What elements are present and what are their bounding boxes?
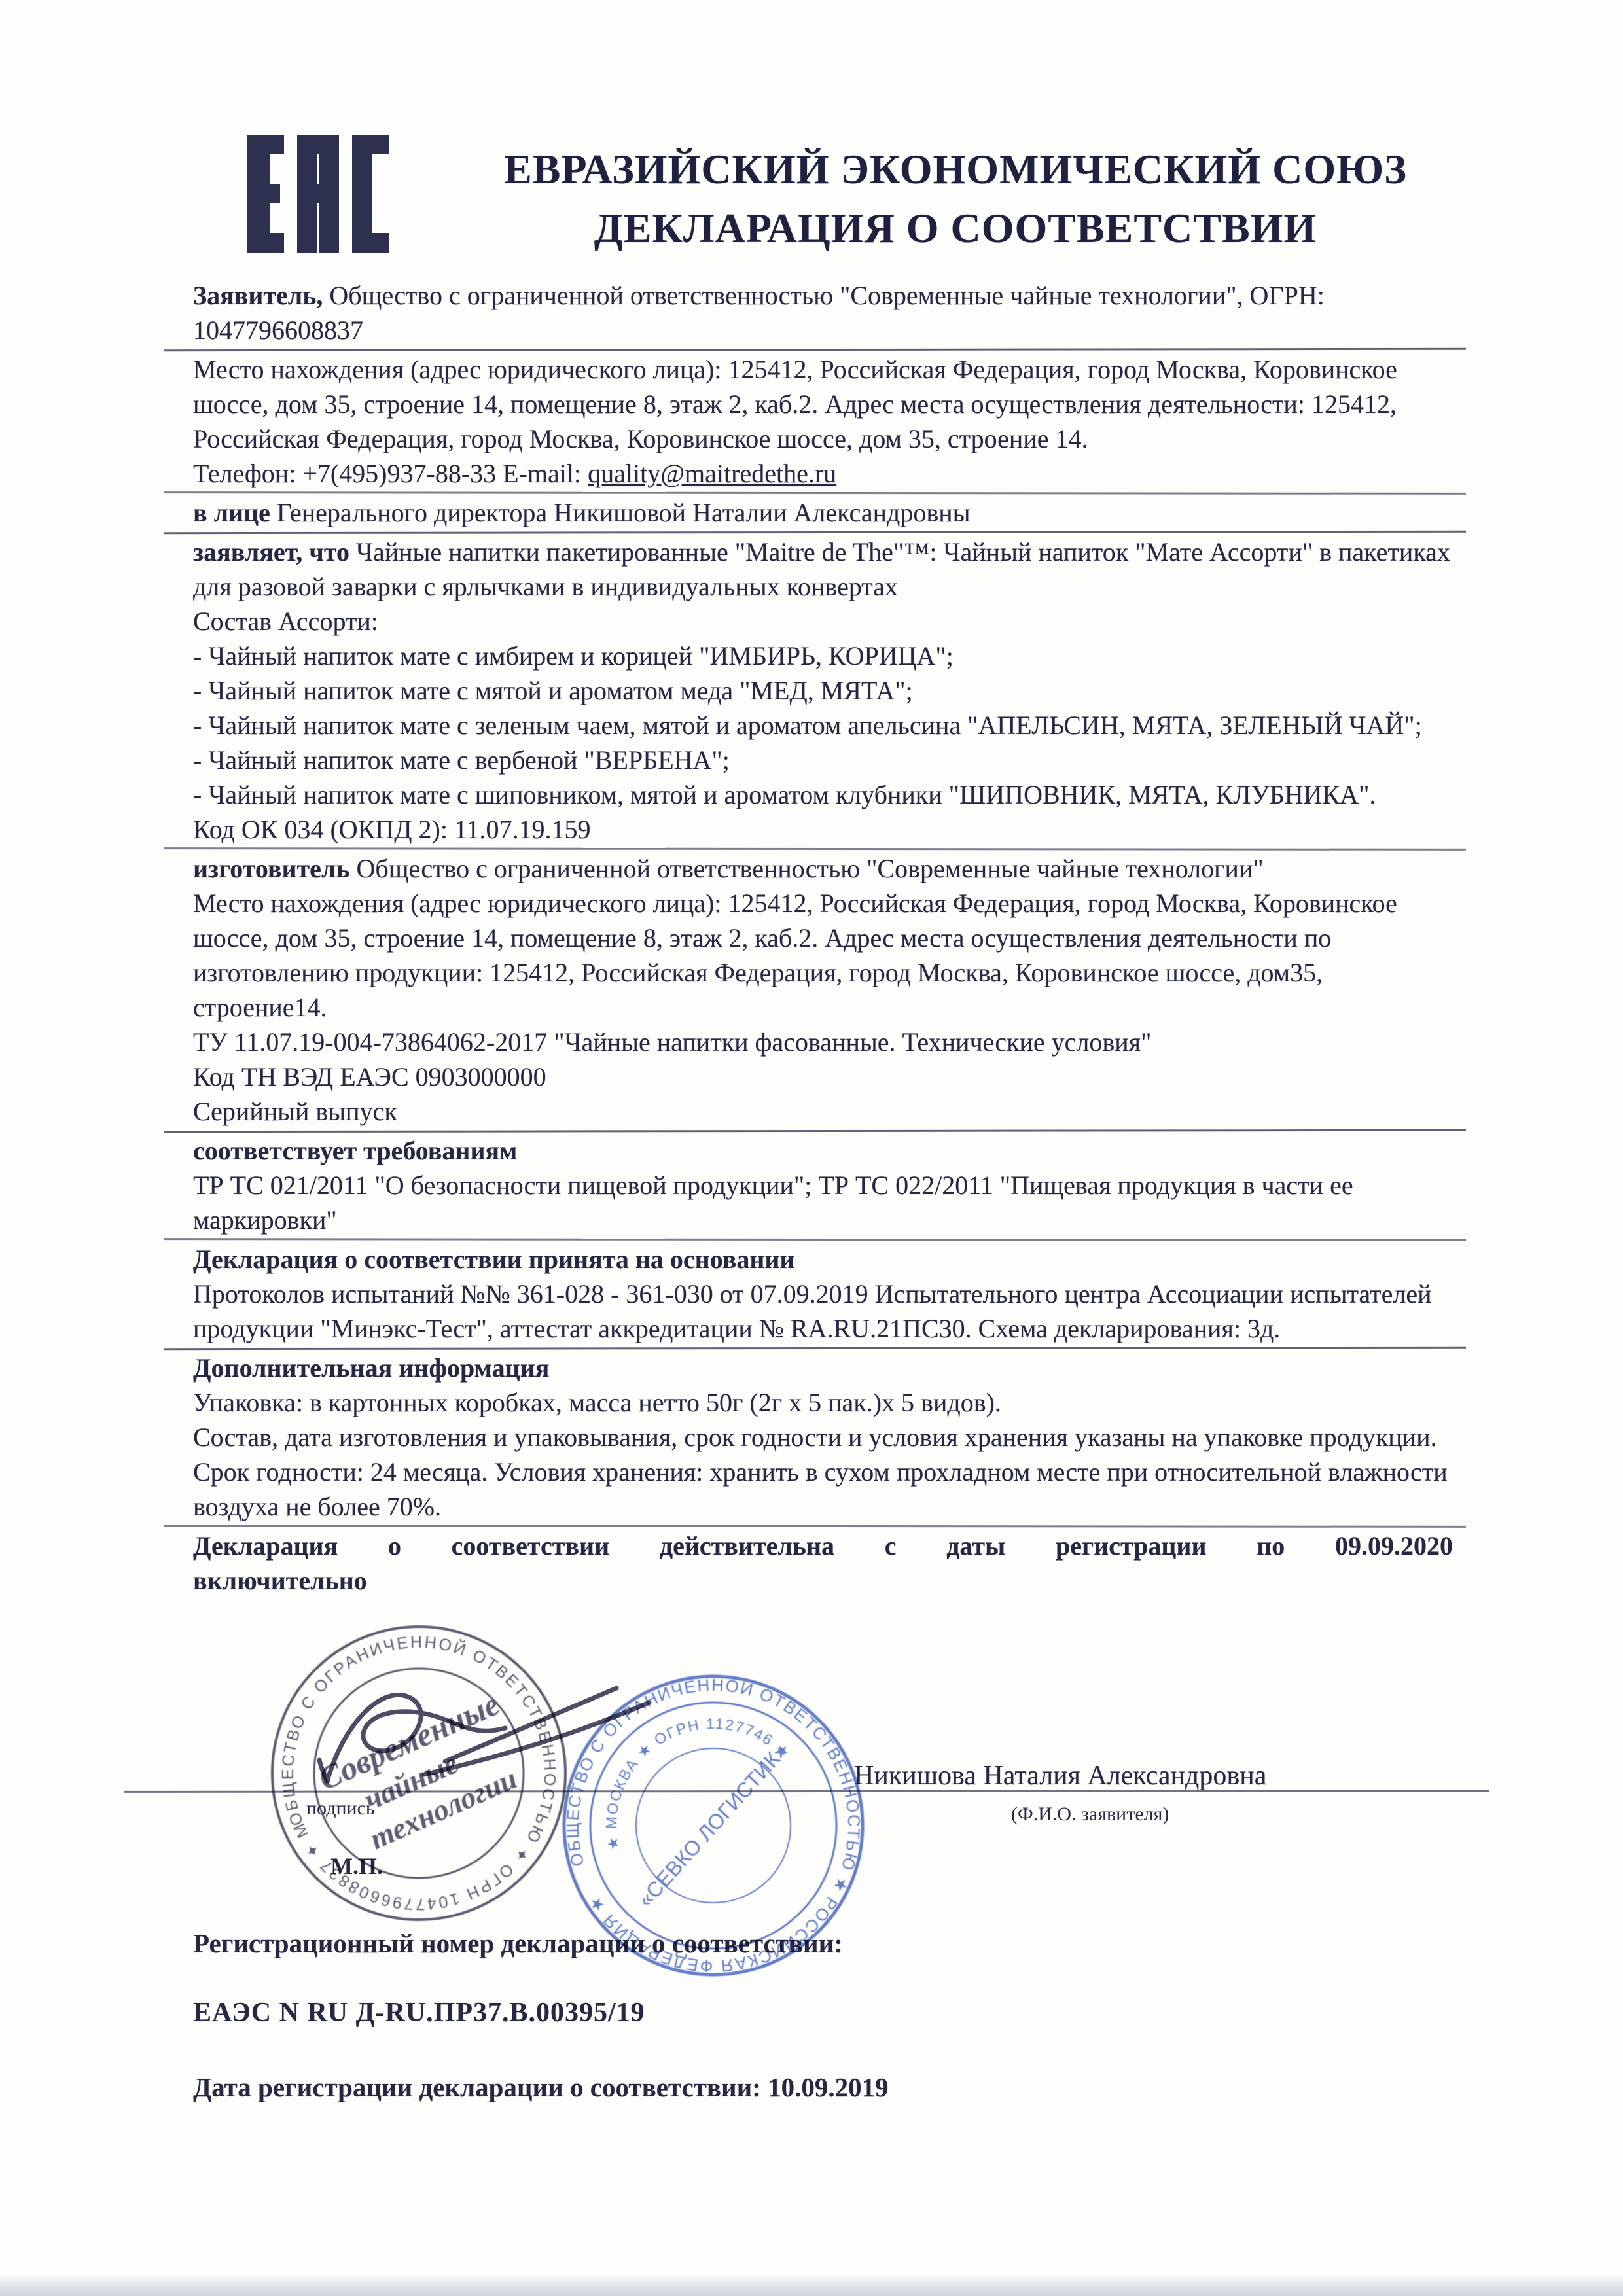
document-title-line2: ДЕКЛАРАЦИЯ О СООТВЕТСТВИИ xyxy=(458,199,1453,258)
representative-name: Генерального директора Никишовой Наталии… xyxy=(270,498,971,527)
basis-text: Протоколов испытаний №№ 361-028 - 361-03… xyxy=(193,1277,1453,1346)
representative-label: в лице xyxy=(193,498,270,527)
document-title-line1: ЕВРАЗИЙСКИЙ ЭКОНОМИЧЕСКИЙ СОЮЗ xyxy=(458,140,1453,199)
validity-line-2: включительно xyxy=(193,1563,1453,1598)
okpd-code: Код ОК 034 (ОКПД 2): 11.07.19.159 xyxy=(193,812,1453,847)
assorti-item: - Чайный напиток мате с мятой и ароматом… xyxy=(193,673,1453,708)
applicant-email: quality@maitredethe.ru xyxy=(588,459,836,488)
assorti-item: - Чайный напиток мате с шиповником, мято… xyxy=(193,777,1453,812)
validity-line: Декларация о соответствии действительна … xyxy=(193,1528,1453,1563)
scan-edge-shadow xyxy=(0,2274,1623,2296)
basis-title: Декларация о соответствии принята на осн… xyxy=(193,1242,1453,1277)
section-divider xyxy=(164,1525,1466,1528)
manufacturer-address: Место нахождения (адрес юридического лиц… xyxy=(193,886,1453,1025)
section-divider xyxy=(164,531,1466,534)
packaging-text: Упаковка: в картонных коробках, масса не… xyxy=(193,1385,1453,1420)
assorti-title: Состав Ассорти: xyxy=(193,604,1453,639)
assorti-item: - Чайный напиток мате с вербеной "ВЕРБЕН… xyxy=(193,743,1453,777)
document-body: Заявитель, Общество с ограниченной ответ… xyxy=(193,278,1453,1598)
section-divider xyxy=(164,491,1466,495)
serial-release: Серийный выпуск xyxy=(193,1094,1453,1129)
registration-number: ЕАЭС N RU Д-RU.ПР37.В.00395/19 xyxy=(193,1997,645,2028)
tu-line: ТУ 11.07.19-004-73864062-2017 "Чайные на… xyxy=(193,1025,1453,1059)
section-divider xyxy=(164,1347,1466,1350)
manufacturer-line: изготовитель Общество с ограниченной отв… xyxy=(193,851,1453,886)
section-divider xyxy=(164,1129,1466,1133)
declares-label: заявляет, что xyxy=(193,537,349,567)
handwritten-signature xyxy=(308,1662,687,1812)
declares-text: Чайные напитки пакетированные "Maitre de… xyxy=(193,537,1450,601)
signatory-name: Никишова Наталия Александровна xyxy=(854,1760,1266,1792)
assorti-item: - Чайный напиток мате с имбирем и корице… xyxy=(193,639,1453,673)
manufacturer-name: Общество с ограниченной ответственностью… xyxy=(350,854,1264,883)
applicant-address: Место нахождения (адрес юридического лиц… xyxy=(193,352,1453,456)
conformity-title: соответствует требованиям xyxy=(193,1133,1453,1168)
eac-logo-icon xyxy=(247,135,389,253)
assorti-item: - Чайный напиток мате с зеленым чаем, мя… xyxy=(193,708,1453,743)
representative-line: в лице Генерального директора Никишовой … xyxy=(193,495,1453,530)
registration-date: Дата регистрации декларации о соответств… xyxy=(193,2072,889,2103)
declaration-document: ЕВРАЗИЙСКИЙ ЭКОНОМИЧЕСКИЙ СОЮЗ ДЕКЛАРАЦИ… xyxy=(0,0,1623,2296)
conformity-text: ТР ТС 021/2011 "О безопасности пищевой п… xyxy=(193,1168,1453,1237)
applicant-label: Заявитель, xyxy=(193,281,323,310)
section-divider xyxy=(164,1238,1466,1241)
manufacturer-label: изготовитель xyxy=(193,854,350,883)
document-title: ЕВРАЗИЙСКИЙ ЭКОНОМИЧЕСКИЙ СОЮЗ ДЕКЛАРАЦИ… xyxy=(458,140,1453,258)
storage-text: Состав, дата изготовления и упаковывания… xyxy=(193,1420,1453,1524)
applicant-name: Общество с ограниченной ответственностью… xyxy=(193,281,1325,345)
declaration-product-line: заявляет, что Чайные напитки пакетирован… xyxy=(193,535,1453,604)
section-divider xyxy=(164,847,1466,851)
applicant-line: Заявитель, Общество с ограниченной ответ… xyxy=(193,278,1453,347)
phone-label: Телефон: +7(495)937-88-33 E-mail: xyxy=(193,459,588,488)
section-divider xyxy=(164,348,1466,351)
signatory-caption: (Ф.И.О. заявителя) xyxy=(1011,1803,1169,1826)
applicant-contacts: Телефон: +7(495)937-88-33 E-mail: qualit… xyxy=(193,456,1453,491)
additional-title: Дополнительная информация xyxy=(193,1351,1453,1385)
tnved-code: Код ТН ВЭД ЕАЭС 0903000000 xyxy=(193,1059,1453,1094)
